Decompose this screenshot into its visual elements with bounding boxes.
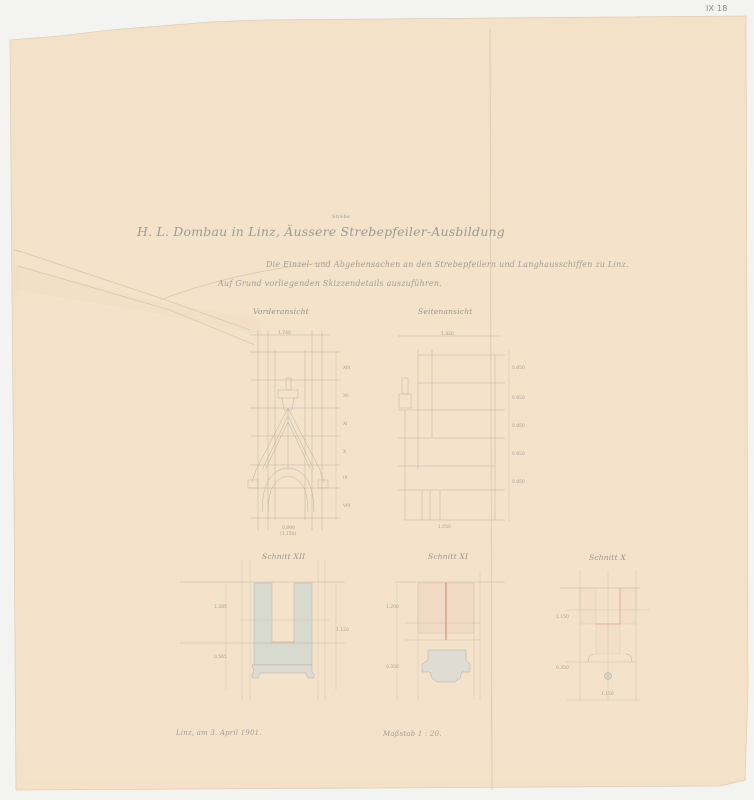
section-xii-dim: 0.565 — [214, 655, 227, 660]
subtitle-line-1: Die Einzel- und Abgehensachen an den Str… — [266, 260, 629, 269]
drawing-sheet: IX 18 H. L. Dombau in Linz, Äussere Stre… — [0, 0, 754, 800]
drawing-title: H. L. Dombau in Linz, Äussere Strebepfei… — [137, 224, 505, 239]
section-xi-dim: 0.350 — [386, 665, 399, 670]
level-marker: XII — [343, 394, 349, 399]
section-xii-label: Schnitt XII — [262, 552, 305, 561]
side-view-label: Seitenansicht — [418, 307, 472, 316]
side-right-dim: 0.850 — [512, 396, 525, 401]
scale-note: Maßstab 1 : 20. — [383, 730, 442, 738]
front-bottom-dim: 0.890 — [282, 526, 295, 531]
drawing-canvas — [0, 0, 754, 800]
inventory-number: IX 18 — [706, 4, 728, 13]
section-x-dim: 0.350 — [556, 666, 569, 671]
front-view-label: Vorderansicht — [253, 307, 309, 316]
level-marker: VIII — [343, 504, 350, 509]
section-xi-label: Schnitt XI — [428, 552, 468, 561]
front-width-dim: 1.740 — [278, 331, 291, 336]
side-width-dim: 1.320 — [441, 332, 454, 337]
title-insert: Strebe — [332, 214, 350, 220]
side-right-dim: 0.850 — [512, 452, 525, 457]
side-right-dim: 0.850 — [512, 366, 525, 371]
section-x-bottom-dim: 1.150 — [601, 692, 614, 697]
subtitle-line-2: Auf Grund vorliegenden Skizzendetails au… — [218, 279, 442, 288]
front-bottom-dim-2: (1.150) — [280, 532, 296, 537]
level-marker: XIII — [343, 366, 350, 371]
side-bottom-dim: 1.050 — [438, 525, 451, 530]
level-marker: XI — [343, 422, 347, 427]
section-x-label: Schnitt X — [589, 553, 626, 562]
section-xi-dim: 1.200 — [386, 605, 399, 610]
level-marker: X — [343, 450, 346, 455]
place-date: Linz, am 3. April 1901. — [176, 729, 262, 737]
section-xii-dim: 1.120 — [336, 628, 349, 633]
side-right-dim: 0.850 — [512, 480, 525, 485]
side-right-dim: 0.850 — [512, 424, 525, 429]
section-xii-dim: 1.385 — [214, 605, 227, 610]
section-x-dim: 1.150 — [556, 615, 569, 620]
level-marker: IX — [343, 476, 347, 481]
